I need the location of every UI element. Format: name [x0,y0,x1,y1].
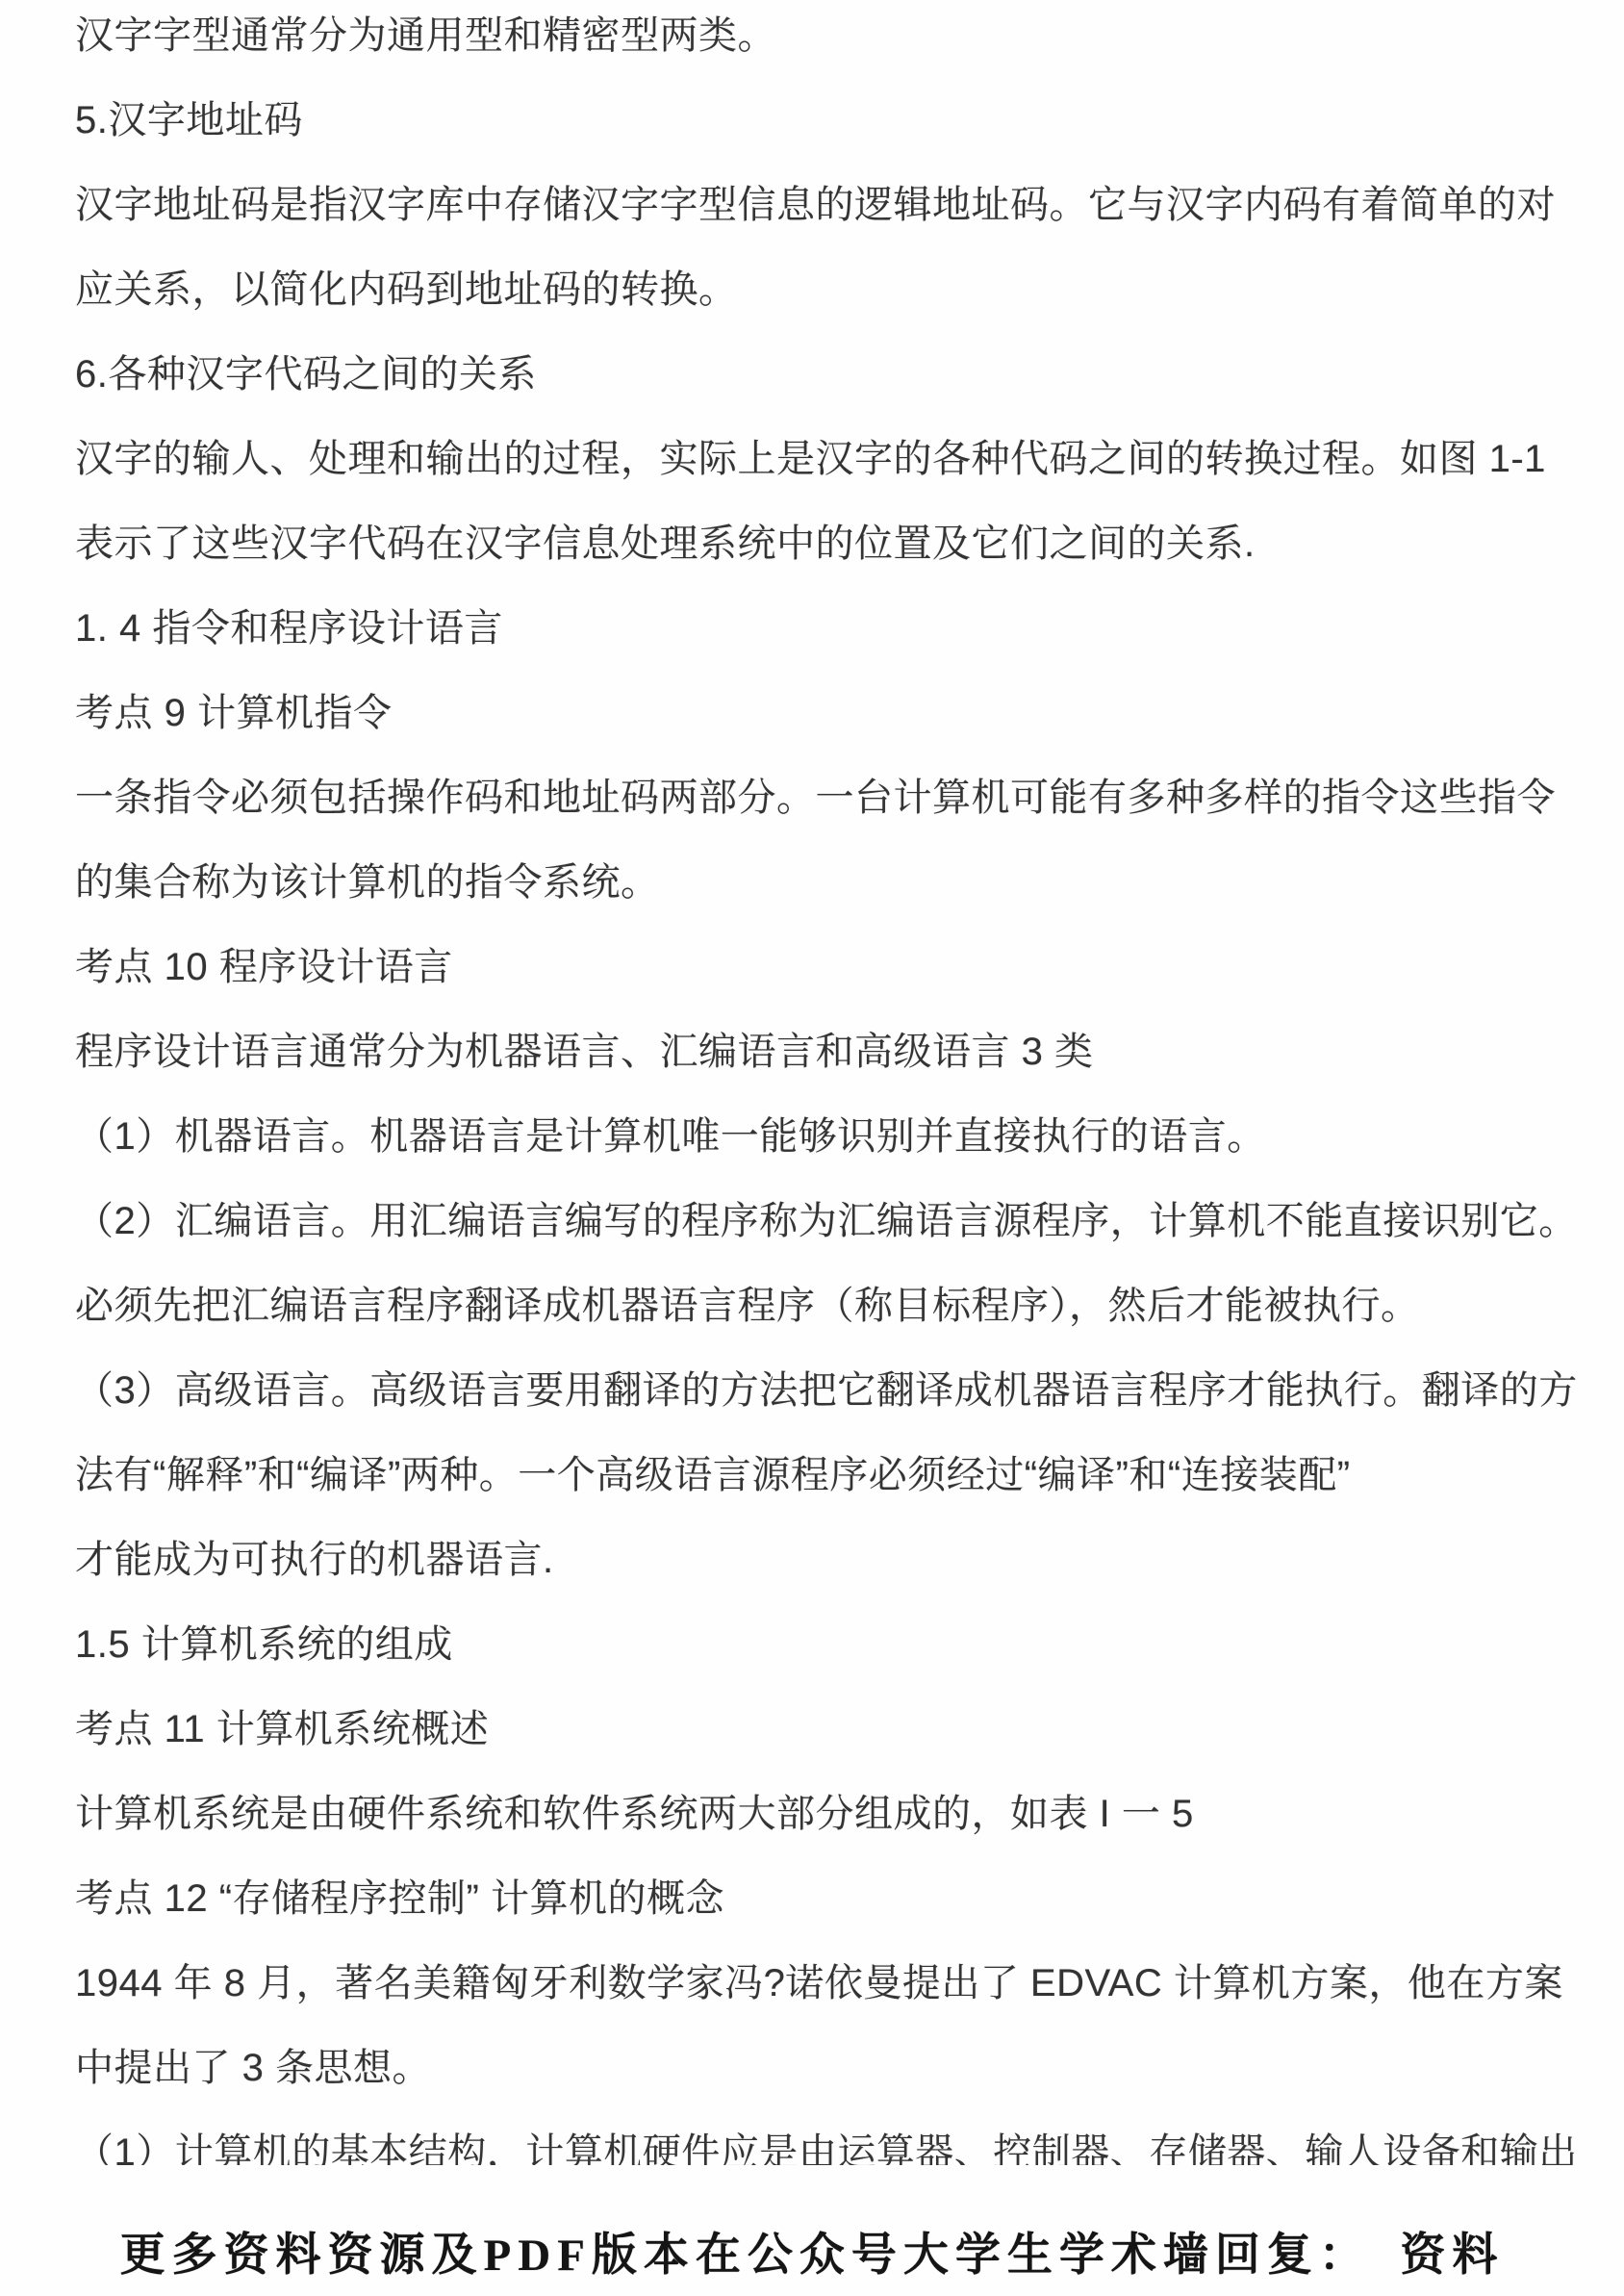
text-line: 6.各种汉字代码之间的关系 [75,350,1576,435]
text-line: 中提出了 3 条思想。 [75,2044,1576,2129]
text-line: （3）高级语言。高级语言要用翻译的方法把它翻译成机器语言程序才能执行。翻译的方 [75,1366,1576,1451]
text-line: 计算机系统是由硬件系统和软件系统两大部分组成的，如表 I 一 5 [75,1790,1576,1875]
text-line: 1944 年 8 月，著名美籍匈牙利数学家冯?诺依曼提出了 EDVAC 计算机方… [75,1959,1576,2044]
text-line-clipped: （1）计算机的基本结构，计算机硬件应是由运算器、控制器、存储器、输人设备和输出 [75,2129,1576,2165]
text-line: 法有“解释”和“编译”两种。一个高级语言源程序必须经过“编译”和“连接装配” [75,1451,1576,1536]
text-line: 考点 11 计算机系统概述 [75,1705,1576,1790]
document-page: 汉字字型通常分为通用型和精密型两类。 5.汉字地址码 汉字地址码是指汉字库中存储… [0,0,1624,2296]
text-line: 考点 9 计算机指令 [75,689,1576,774]
text-line: 的集合称为该计算机的指令系统。 [75,858,1576,943]
text-line: （2）汇编语言。用汇编语言编写的程序称为汇编语言源程序，计算机不能直接识别它。 [75,1197,1576,1282]
text-line: 必须先把汇编语言程序翻译成机器语言程序（称目标程序），然后才能被执行。 [75,1282,1576,1366]
text-line: 5.汉字地址码 [75,96,1576,181]
text-line: 考点 12 “存储程序控制” 计算机的概念 [75,1875,1576,1959]
text-line: 1. 4 指令和程序设计语言 [75,604,1576,689]
footer-watermark: 更多资料资源及PDF版本在公众号大学生学术墙回复： 资料 [0,2219,1624,2283]
text-line: 一条指令必须包括操作码和地址码两部分。一台计算机可能有多种多样的指令这些指令 [75,774,1576,858]
text-line: （1）机器语言。机器语言是计算机唯一能够识别并直接执行的语言。 [75,1112,1576,1197]
text-line: 表示了这些汉字代码在汉字信息处理系统中的位置及它们之间的关系. [75,520,1576,604]
document-body: 汉字字型通常分为通用型和精密型两类。 5.汉字地址码 汉字地址码是指汉字库中存储… [75,12,1576,2165]
text-line: 1.5 计算机系统的组成 [75,1620,1576,1705]
text-line: 汉字地址码是指汉字库中存储汉字字型信息的逻辑地址码。它与汉字内码有着简单的对 [75,181,1576,266]
text-line: 汉字的输人、处理和输出的过程，实际上是汉字的各种代码之间的转换过程。如图 1-1 [75,435,1576,520]
text-line: 应关系，以简化内码到地址码的转换。 [75,266,1576,350]
text-line: 程序设计语言通常分为机器语言、汇编语言和高级语言 3 类 [75,1028,1576,1112]
text-line: 汉字字型通常分为通用型和精密型两类。 [75,12,1576,96]
text-line: 考点 10 程序设计语言 [75,943,1576,1028]
text-line: 才能成为可执行的机器语言. [75,1536,1576,1620]
